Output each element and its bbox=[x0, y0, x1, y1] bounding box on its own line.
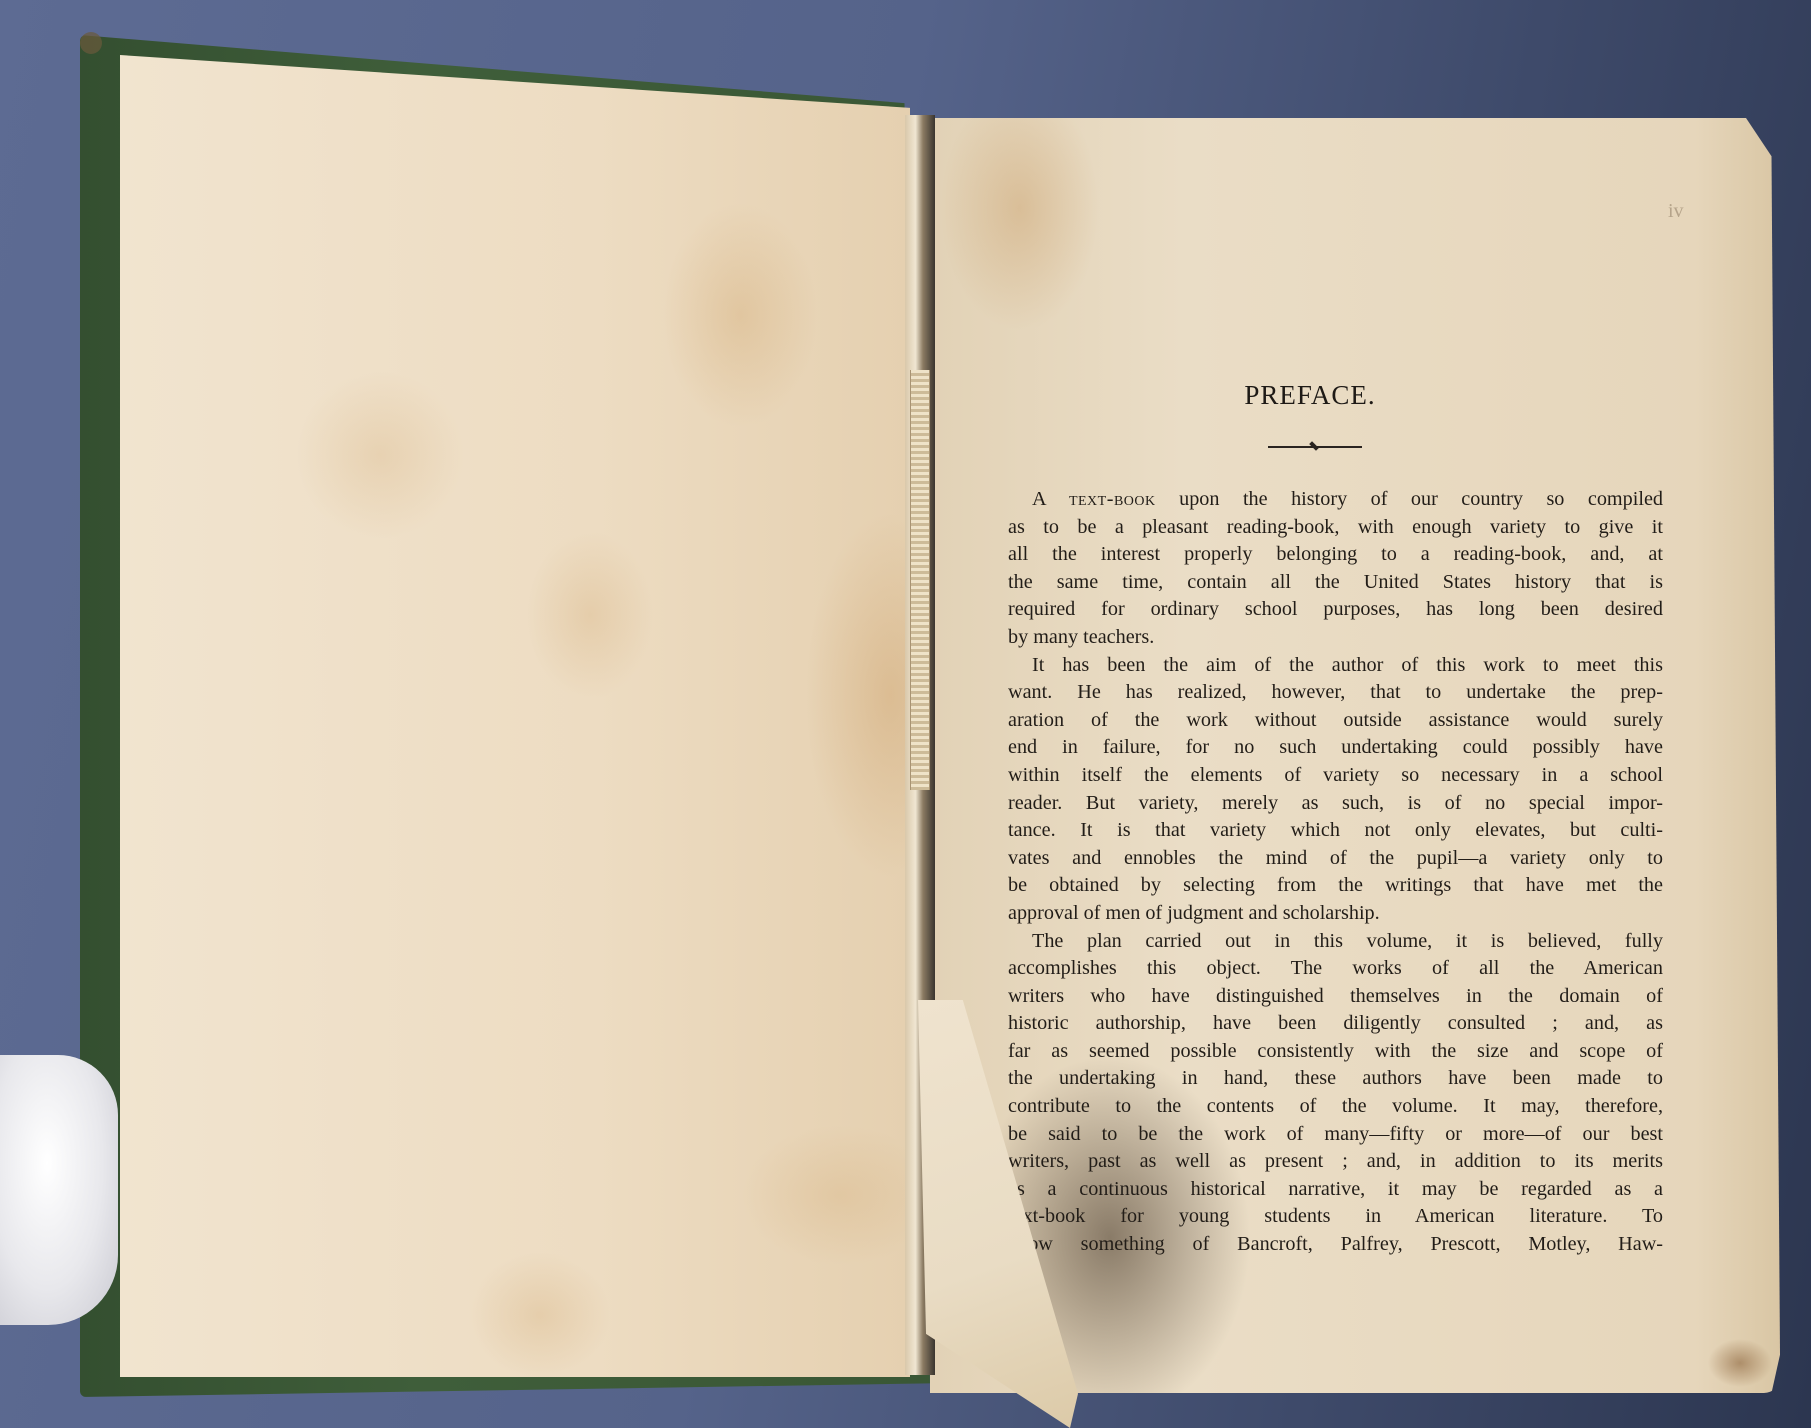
text-line: far as seemed possible consistently with… bbox=[1008, 1038, 1663, 1066]
text-line: by many teachers. bbox=[1008, 624, 1663, 652]
left-endpaper bbox=[120, 55, 910, 1377]
text-line: as to be a pleasant reading-book, with e… bbox=[1008, 514, 1663, 542]
text-line: text-book for young students in American… bbox=[1008, 1203, 1663, 1231]
text-line: end in failure, for no such undertaking … bbox=[1008, 734, 1663, 762]
text-line: aration of the work without outside assi… bbox=[1008, 707, 1663, 735]
page-title: PREFACE. bbox=[1180, 380, 1440, 411]
text-line: vates and ennobles the mind of the pupil… bbox=[1008, 845, 1663, 873]
text-line: reader. But variety, merely as such, is … bbox=[1008, 790, 1663, 818]
text-line: writers, past as well as present ; and, … bbox=[1008, 1148, 1663, 1176]
text-line: required for ordinary school purposes, h… bbox=[1008, 596, 1663, 624]
small-caps-text: text-book bbox=[1069, 488, 1156, 510]
text-line: accomplishes this object. The works of a… bbox=[1008, 955, 1663, 983]
text-line: contribute to the contents of the volume… bbox=[1008, 1093, 1663, 1121]
worn-cover-corner bbox=[80, 32, 102, 54]
text-line: as a continuous historical narrative, it… bbox=[1008, 1176, 1663, 1204]
text-line: want. He has realized, however, that to … bbox=[1008, 679, 1663, 707]
text-line: tance. It is that variety which not only… bbox=[1008, 817, 1663, 845]
text-line: all the interest properly belonging to a… bbox=[1008, 541, 1663, 569]
text-line: The plan carried out in this volume, it … bbox=[1008, 928, 1663, 956]
text-line: A text-book upon the history of our coun… bbox=[1008, 486, 1663, 514]
bleed-through-text bbox=[1045, 255, 1665, 281]
text-line: approval of men of judgment and scholars… bbox=[1008, 900, 1663, 928]
text-line: historic authorship, have been diligentl… bbox=[1008, 1010, 1663, 1038]
page-number: iv bbox=[1668, 200, 1684, 223]
text-line: It has been the aim of the author of thi… bbox=[1008, 652, 1663, 680]
exposed-binding-mesh bbox=[910, 370, 930, 790]
text-line: know something of Bancroft, Palfrey, Pre… bbox=[1008, 1231, 1663, 1259]
preface-body: A text-book upon the history of our coun… bbox=[1008, 486, 1663, 1259]
text-line: be said to be the work of many—fifty or … bbox=[1008, 1121, 1663, 1149]
text-line: be obtained by selecting from the writin… bbox=[1008, 872, 1663, 900]
text-line: the same time, contain all the United St… bbox=[1008, 569, 1663, 597]
text-line: within itself the elements of variety so… bbox=[1008, 762, 1663, 790]
text-line: writers who have distinguished themselve… bbox=[1008, 983, 1663, 1011]
text-line: the undertaking in hand, these authors h… bbox=[1008, 1065, 1663, 1093]
white-gloved-hand bbox=[0, 1055, 118, 1325]
